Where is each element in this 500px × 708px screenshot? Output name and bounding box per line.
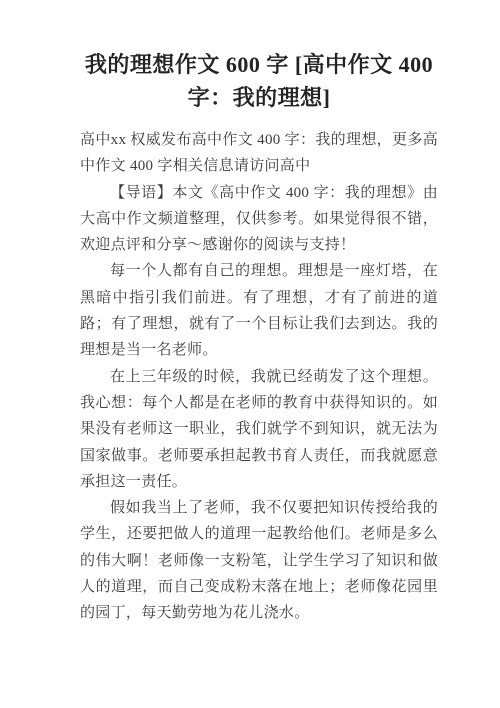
essay-paragraph-editor-note: 【导语】本文《高中作文 400 字：我的理想》由大高中作文频道整理，仅供参考。如… (80, 180, 438, 259)
essay-paragraph-source-note: 高中xx 权威发布高中作文 400 字：我的理想，更多高中作文 400 字相关信… (80, 127, 438, 180)
essay-title: 我的理想作文 600 字 [高中作文 400 字：我的理想] (80, 48, 438, 114)
document-page: 我的理想作文 600 字 [高中作文 400 字：我的理想] 高中xx 权威发布… (0, 0, 500, 708)
essay-paragraph-3: 假如我当上了老师，我不仅要把知识传授给我的学生，还要把做人的道理一起教给他们。老… (80, 495, 438, 626)
essay-paragraph-2: 在上三年级的时候，我就已经萌发了这个理想。我心想：每个人都是在老师的教育中获得知… (80, 364, 438, 495)
essay-paragraph-1: 每一个人都有自己的理想。理想是一座灯塔，在黑暗中指引我们前进。有了理想，才有了前… (80, 258, 438, 363)
essay-body: 高中xx 权威发布高中作文 400 字：我的理想，更多高中作文 400 字相关信… (80, 127, 438, 627)
